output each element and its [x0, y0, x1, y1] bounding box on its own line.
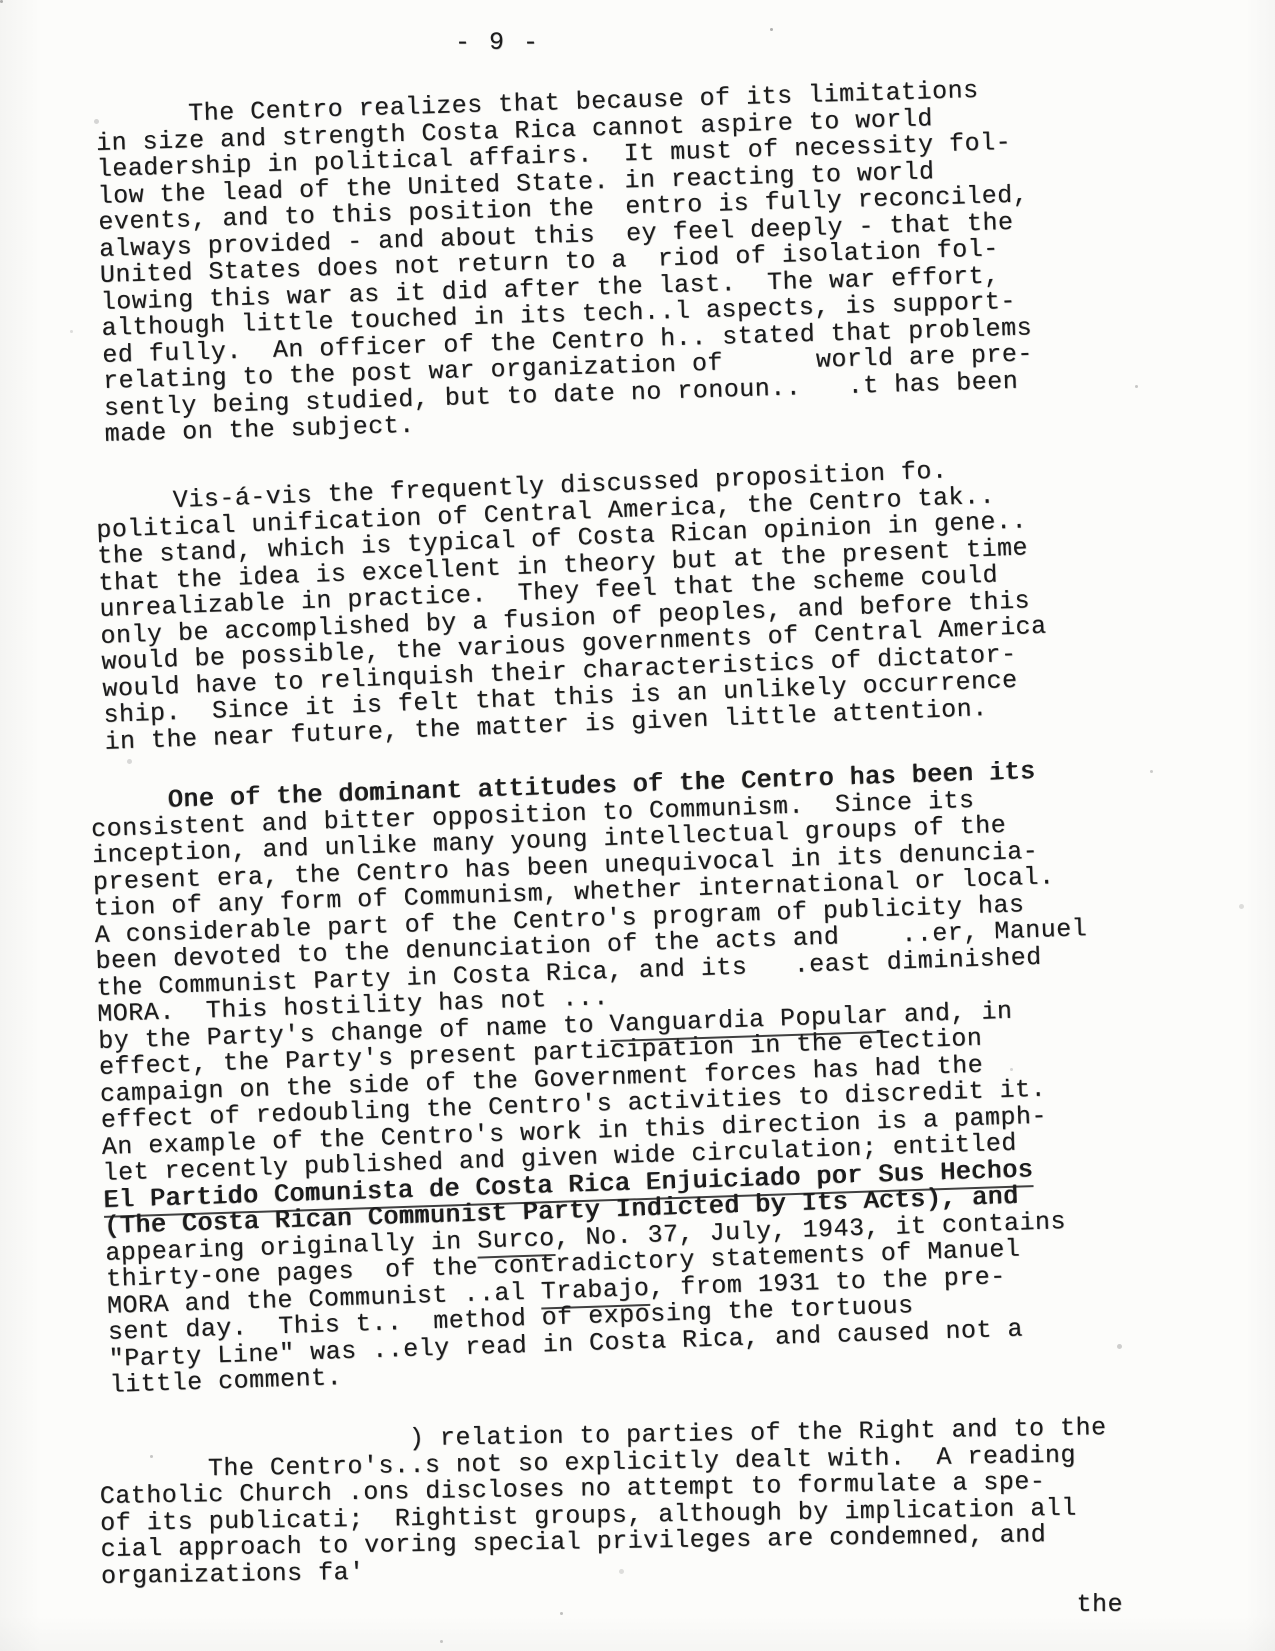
- scanned-document-page: - 9 - The Centro realizes that because o…: [0, 0, 1275, 1651]
- paragraph: ) relation to parties of the Right and t…: [99, 1414, 1206, 1590]
- page-content: - 9 - The Centro realizes that because o…: [0, 0, 1275, 1590]
- document-body: The Centro realizes that because of its …: [100, 104, 1205, 1590]
- page-number: - 9 -: [455, 30, 540, 56]
- footer-word: the: [1076, 1592, 1123, 1618]
- paragraph: One of the dominant attitudes of the Cen…: [90, 753, 1215, 1399]
- paragraph: Vis-á-vis the frequently discussed propo…: [95, 448, 1209, 755]
- paragraph: The Centro realizes that because of its …: [95, 71, 1210, 448]
